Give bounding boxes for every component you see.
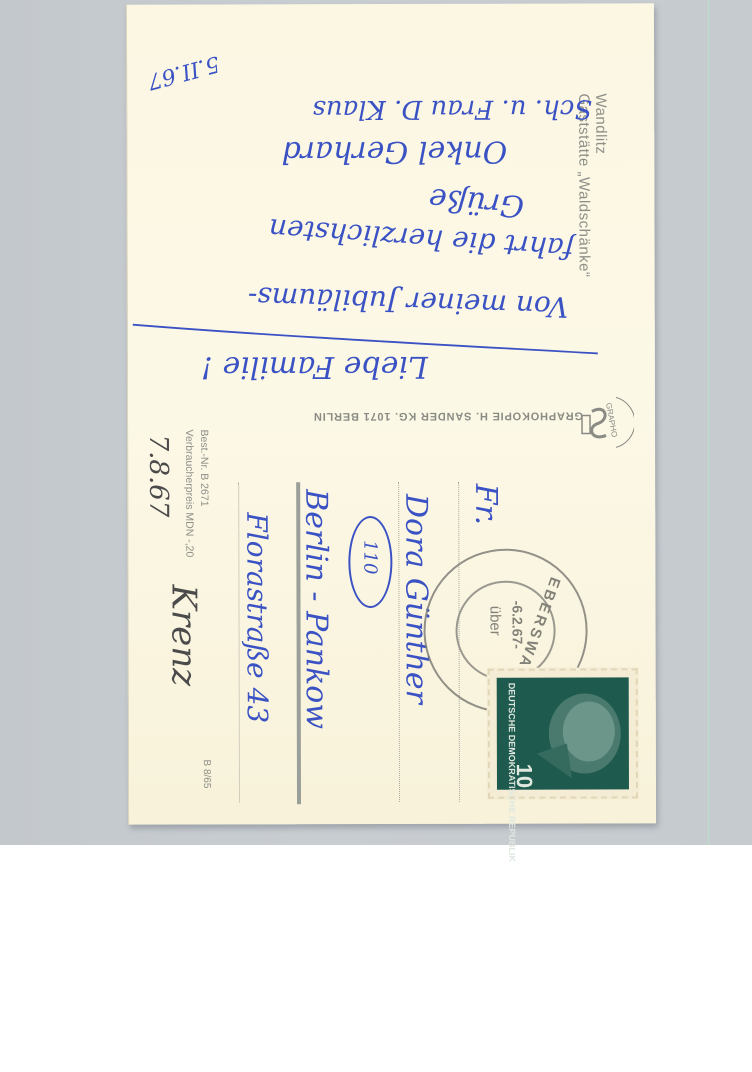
postal-code-circle: 110 <box>348 516 392 608</box>
order-number: Best.-Nr. B 2671 <box>198 429 210 506</box>
postmark-date: -6.2.67- <box>509 601 525 649</box>
message-date: 5.II.67 <box>145 50 222 93</box>
caption-place: Wandlitz <box>592 93 609 154</box>
stamp-denomination: 10 <box>511 764 537 789</box>
pencil-date: 7.8.67 <box>143 435 173 518</box>
message-line: fahrt die herzlichsten <box>268 212 575 265</box>
postage-stamp: DEUTSCHE DEMOKRATISCHE REPUBLIK 10 <box>487 667 639 799</box>
address-line-text: Fr. <box>468 484 503 525</box>
address-line-text: Berlin - Pankow <box>298 489 334 729</box>
message-line: Sch. u. Frau D. Klaus <box>312 93 592 124</box>
svg-text:GRAPHO: GRAPHO <box>604 402 619 438</box>
message-underline <box>128 313 628 374</box>
message-line: Grüße <box>427 181 525 224</box>
publisher-line: GRAPHOKOPIE H. SANDER KG. 1071 BERLIN <box>313 409 583 422</box>
print-code: B 8/65 <box>201 759 212 788</box>
postcard: Wandlitz Gaststätte „Waldschänke“ GRAPHO… <box>126 3 656 824</box>
retail-price: Verbraucherpreis MDN -,20 <box>183 430 195 558</box>
address-line-text: Dora Günther <box>398 494 434 704</box>
postmark-extra: über <box>487 606 504 636</box>
scanner-streak <box>708 0 709 845</box>
publisher-logo-icon: GRAPHO <box>576 391 634 453</box>
address-line-text: Florastraße 43 <box>240 512 274 723</box>
message-line: Onkel Gerhard <box>281 134 507 170</box>
postal-code: 110 <box>359 540 380 574</box>
pencil-signature: Krenz <box>163 584 203 686</box>
portrait-icon <box>527 683 627 783</box>
